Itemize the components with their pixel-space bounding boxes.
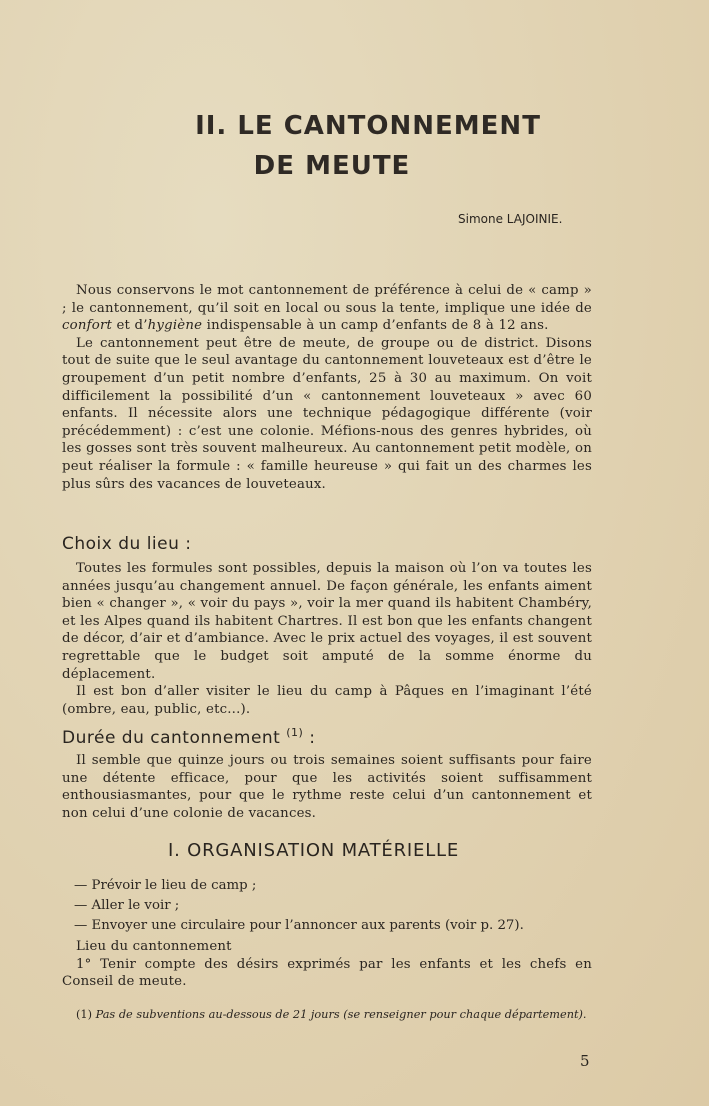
footnote-text: Pas de subventions au-dessous de 21 jour… bbox=[92, 1008, 587, 1021]
intro-section: Nous conservons le mot cantonnement de p… bbox=[62, 282, 592, 493]
duree-paragraph: Il semble que quinze jours ou trois sema… bbox=[62, 752, 592, 822]
duree-section: Il semble que quinze jours ou trois sema… bbox=[62, 752, 592, 822]
task-list: — Prévoir le lieu de camp ; — Aller le v… bbox=[74, 876, 524, 936]
chapter-title-line-2: DE MEUTE bbox=[92, 148, 572, 185]
choix-paragraph-2: Il est bon d’aller visiter le lieu du ca… bbox=[62, 683, 592, 718]
subheading-lieu: Lieu du cantonnement bbox=[62, 938, 592, 956]
document-page: II. LE CANTONNEMENT DE MEUTE Simone LAJO… bbox=[0, 0, 709, 1106]
list-item: — Aller le voir ; bbox=[74, 896, 524, 916]
heading-choix-du-lieu: Choix du lieu : bbox=[62, 534, 192, 554]
author-name: Simone LAJOINIE. bbox=[458, 212, 562, 226]
footnote: (1) Pas de subventions au-dessous de 21 … bbox=[62, 1008, 592, 1022]
footnote-ref: (1) bbox=[286, 726, 303, 739]
intro-paragraph-2: Le cantonnement peut être de meute, de g… bbox=[62, 335, 592, 493]
page-number: 5 bbox=[580, 1052, 590, 1070]
lieu-section: Lieu du cantonnement 1° Tenir compte des… bbox=[62, 938, 592, 991]
point-1: 1° Tenir compte des désirs exprimés par … bbox=[62, 956, 592, 991]
choix-section: Toutes les formules sont possibles, depu… bbox=[62, 560, 592, 718]
emphasis-confort: confort bbox=[62, 318, 112, 333]
chapter-title-line-1: II. LE CANTONNEMENT bbox=[128, 108, 608, 145]
heading-duree: Durée du cantonnement (1) : bbox=[62, 726, 315, 748]
list-item: — Envoyer une circulaire pour l’annoncer… bbox=[74, 916, 524, 936]
footnote-number: (1) bbox=[76, 1008, 92, 1021]
section-title-organisation: I. ORGANISATION MATÉRIELLE bbox=[168, 840, 459, 861]
choix-paragraph-1: Toutes les formules sont possibles, depu… bbox=[62, 560, 592, 683]
list-item: — Prévoir le lieu de camp ; bbox=[74, 876, 524, 896]
intro-paragraph-1: Nous conservons le mot cantonnement de p… bbox=[62, 282, 592, 335]
emphasis-hygiene: hygiène bbox=[148, 318, 203, 333]
